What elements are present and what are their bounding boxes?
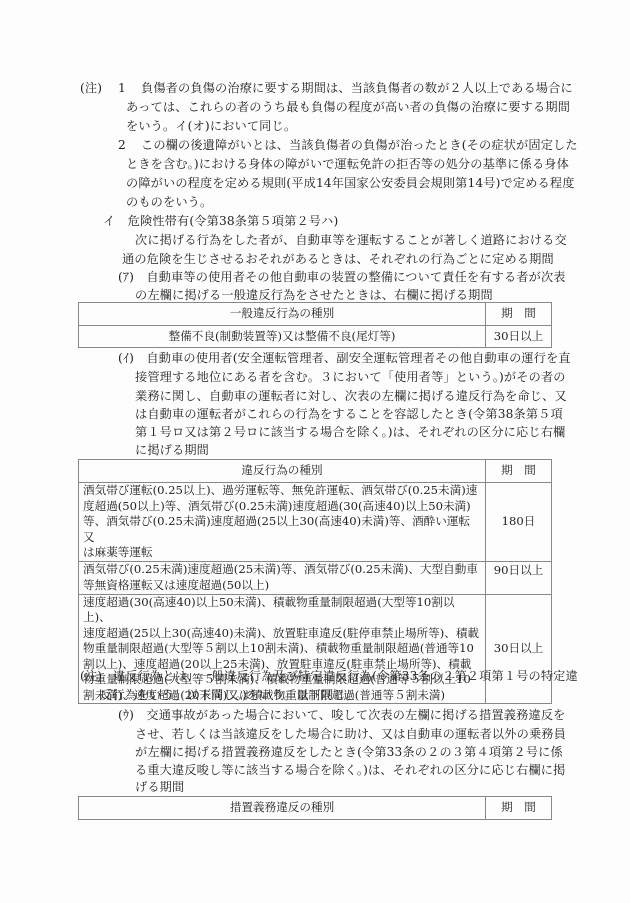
note-item-number: 2 bbox=[118, 137, 126, 153]
note-text-line: 負傷者の負傷の治療に要する期間は、当該負傷者の数が２人以上である場合に bbox=[141, 80, 573, 96]
table-cell: 酒気帯び(0.25未満)速度超過(25未満)等、酒気帯び(0.25未満)、大型自… bbox=[79, 561, 486, 594]
item-text-line: (ｳ) 交通事故があった場合において、唆して次表の左欄に掲げる措置義務違反を bbox=[118, 707, 566, 723]
table-header-cell: 措置義務違反の種別 bbox=[79, 797, 486, 820]
section-intro-line: 通の危険を生じさせるおそれがあるときは、それぞれの行為ごとに定める期間 bbox=[122, 251, 554, 267]
table-cell: 90日以上 bbox=[486, 561, 552, 594]
table-header-cell: 一般違反行為の種別 bbox=[79, 303, 486, 326]
note-text-line: の障がいの程度を定める規則(平成14年国家公安委員会規則第14号)で定める程度 bbox=[126, 175, 575, 191]
table-row: 酒気帯び(0.25未満)速度超過(25未満)等、酒気帯び(0.25未満)、大型自… bbox=[79, 561, 552, 594]
note-text-line: 反行為をいう。以下同じ。)をいう。以下同じ。 bbox=[100, 687, 358, 703]
item-text-line: る重大違反唆し等に該当する場合を除く。)は、それぞれの区分に応じ右欄に掲 bbox=[135, 762, 565, 778]
note-text-line: あっては、これらの者のうち最も負傷の程度が高い者の負傷の治療に要する期間 bbox=[126, 99, 570, 115]
item-text-line: 接管理する地位にある者を含む。３において「使用者等」という。)がその者の bbox=[135, 369, 566, 385]
item-text-line: させ、若しくは当該違反をした場合に助け、又は自動車の運転者以外の乗務員 bbox=[135, 726, 566, 742]
note-label: (注) bbox=[80, 80, 102, 96]
table-cell: 整備不良(制動装置等)又は整備不良(尾灯等) bbox=[79, 326, 486, 348]
note-label: (注) bbox=[80, 668, 102, 684]
item-text-line: が左欄に掲げる措置義務違反をしたとき(令第33条の２の３第４項第２号に係 bbox=[135, 744, 563, 760]
table-cell: 酒気帯び運転(0.25以上)、過労運転等、無免許運転、酒気帯び(0.25未満)速… bbox=[79, 483, 486, 562]
section-intro-line: 次に掲げる行為をした者が、自動車等を運転することが著しく道路における交 bbox=[135, 232, 567, 248]
general-violation-table: 一般違反行為の種別 期 間 整備不良(制動装置等)又は整備不良(尾灯等) 30日… bbox=[78, 302, 552, 348]
item-text-line: の左欄に掲げる一般違反行為をさせたときは、右欄に掲げる期間 bbox=[135, 287, 493, 303]
table-row: 酒気帯び運転(0.25以上)、過労運転等、無免許運転、酒気帯び(0.25未満)速… bbox=[79, 483, 552, 562]
table-header-row: 措置義務違反の種別 期 間 bbox=[79, 797, 552, 820]
table-header-row: 違反行為の種別 期 間 bbox=[79, 460, 552, 483]
item-text-line: に掲げる期間 bbox=[135, 442, 209, 458]
document-page: (注) 1 負傷者の負傷の治療に要する期間は、当該負傷者の数が２人以上である場合… bbox=[0, 0, 630, 903]
item-text-line: (ｲ) 自動車の使用者(安全運転管理者、副安全運転管理者その他自動車の運行を直 bbox=[118, 350, 571, 366]
table-cell: 180日 bbox=[486, 483, 552, 562]
table-header-cell: 期 間 bbox=[486, 797, 552, 820]
note-text-line: をいう。イ(オ)において同じ。 bbox=[126, 118, 296, 134]
note-item-number: 1 bbox=[118, 80, 126, 96]
item-text-line: 業務に関し、自動車の運転者に対し、次表の左欄に掲げる違反行為を命じ、又 bbox=[135, 388, 567, 404]
note-text-line: この欄の後遺障がいとは、当該負傷者の負傷が治ったとき(その症状が固定した bbox=[141, 137, 578, 153]
item-text-line: げる期間 bbox=[135, 779, 184, 795]
item-text-line: (ｱ) 自動車等の使用者その他自動車の装置の整備について責任を有する者が次表 bbox=[118, 269, 566, 285]
table-header-cell: 期 間 bbox=[486, 303, 552, 326]
item-text-line: は自動車の運転者がこれらの行為をすることを容認したとき(令第38条第５項 bbox=[135, 406, 563, 422]
measure-obligation-table: 措置義務違反の種別 期 間 bbox=[78, 796, 552, 820]
table-header-row: 一般違反行為の種別 期 間 bbox=[79, 303, 552, 326]
note-text-line: のものをいう。 bbox=[126, 194, 212, 210]
table-cell: 30日以上 bbox=[486, 594, 552, 704]
table-header-cell: 違反行為の種別 bbox=[79, 460, 486, 483]
section-heading: イ 危険性帯有(令第38条第５項第２号ハ) bbox=[103, 213, 338, 229]
note-text-line: ときを含む。)における身体の障がいで運転免許の拒否等の処分の基準に係る身体 bbox=[126, 156, 569, 172]
table-cell: 30日以上 bbox=[486, 326, 552, 348]
item-text-line: 第１号ロ又は第２号ロに該当する場合を除く。)は、それぞれの区分に応じ右欄 bbox=[135, 424, 565, 440]
note-text-line: 違反行為とは、一般違反行為及び特定違反行為(令第33条の２第２項第１号の特定違 bbox=[113, 668, 578, 684]
table-row: 整備不良(制動装置等)又は整備不良(尾灯等) 30日以上 bbox=[79, 326, 552, 348]
table-header-cell: 期 間 bbox=[486, 460, 552, 483]
